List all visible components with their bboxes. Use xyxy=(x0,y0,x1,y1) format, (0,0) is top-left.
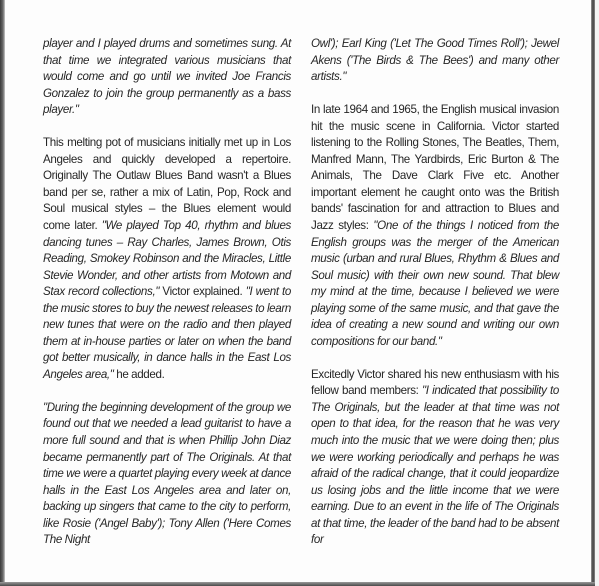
paragraph: Excitedly Victor shared his new enthusia… xyxy=(311,367,559,549)
quote-text: "During the beginning development of the… xyxy=(43,401,291,546)
scan-edge-bottom xyxy=(0,582,595,586)
scan-margin-right xyxy=(595,0,599,586)
paragraph: In late 1964 and 1965, the English music… xyxy=(311,102,559,350)
paragraph: player and I played drums and sometimes … xyxy=(43,36,291,119)
quote-text: "One of the things I noticed from the En… xyxy=(311,219,559,348)
body-text: In late 1964 and 1965, the English music… xyxy=(311,103,559,232)
scanned-page: player and I played drums and sometimes … xyxy=(0,0,599,586)
paragraph: "During the beginning development of the… xyxy=(43,400,291,549)
scan-edge-left xyxy=(0,0,5,586)
paragraph: This melting pot of musicians initially … xyxy=(43,135,291,383)
paragraph: Owl'); Earl King ('Let The Good Times Ro… xyxy=(311,36,559,86)
body-text: he added. xyxy=(114,368,165,381)
text-column-right: Owl'); Earl King ('Let The Good Times Ro… xyxy=(311,36,559,565)
quote-text: "I indicated that possibility to The Ori… xyxy=(311,384,559,546)
quote-text: player and I played drums and sometimes … xyxy=(43,37,291,116)
text-column-left: player and I played drums and sometimes … xyxy=(43,36,291,565)
quote-text: "I went to the music stores to buy the n… xyxy=(43,285,291,381)
body-text: This melting pot of musicians initially … xyxy=(43,136,291,232)
quote-text: Owl'); Earl King ('Let The Good Times Ro… xyxy=(311,37,559,83)
body-text: Victor explained. xyxy=(159,285,246,298)
